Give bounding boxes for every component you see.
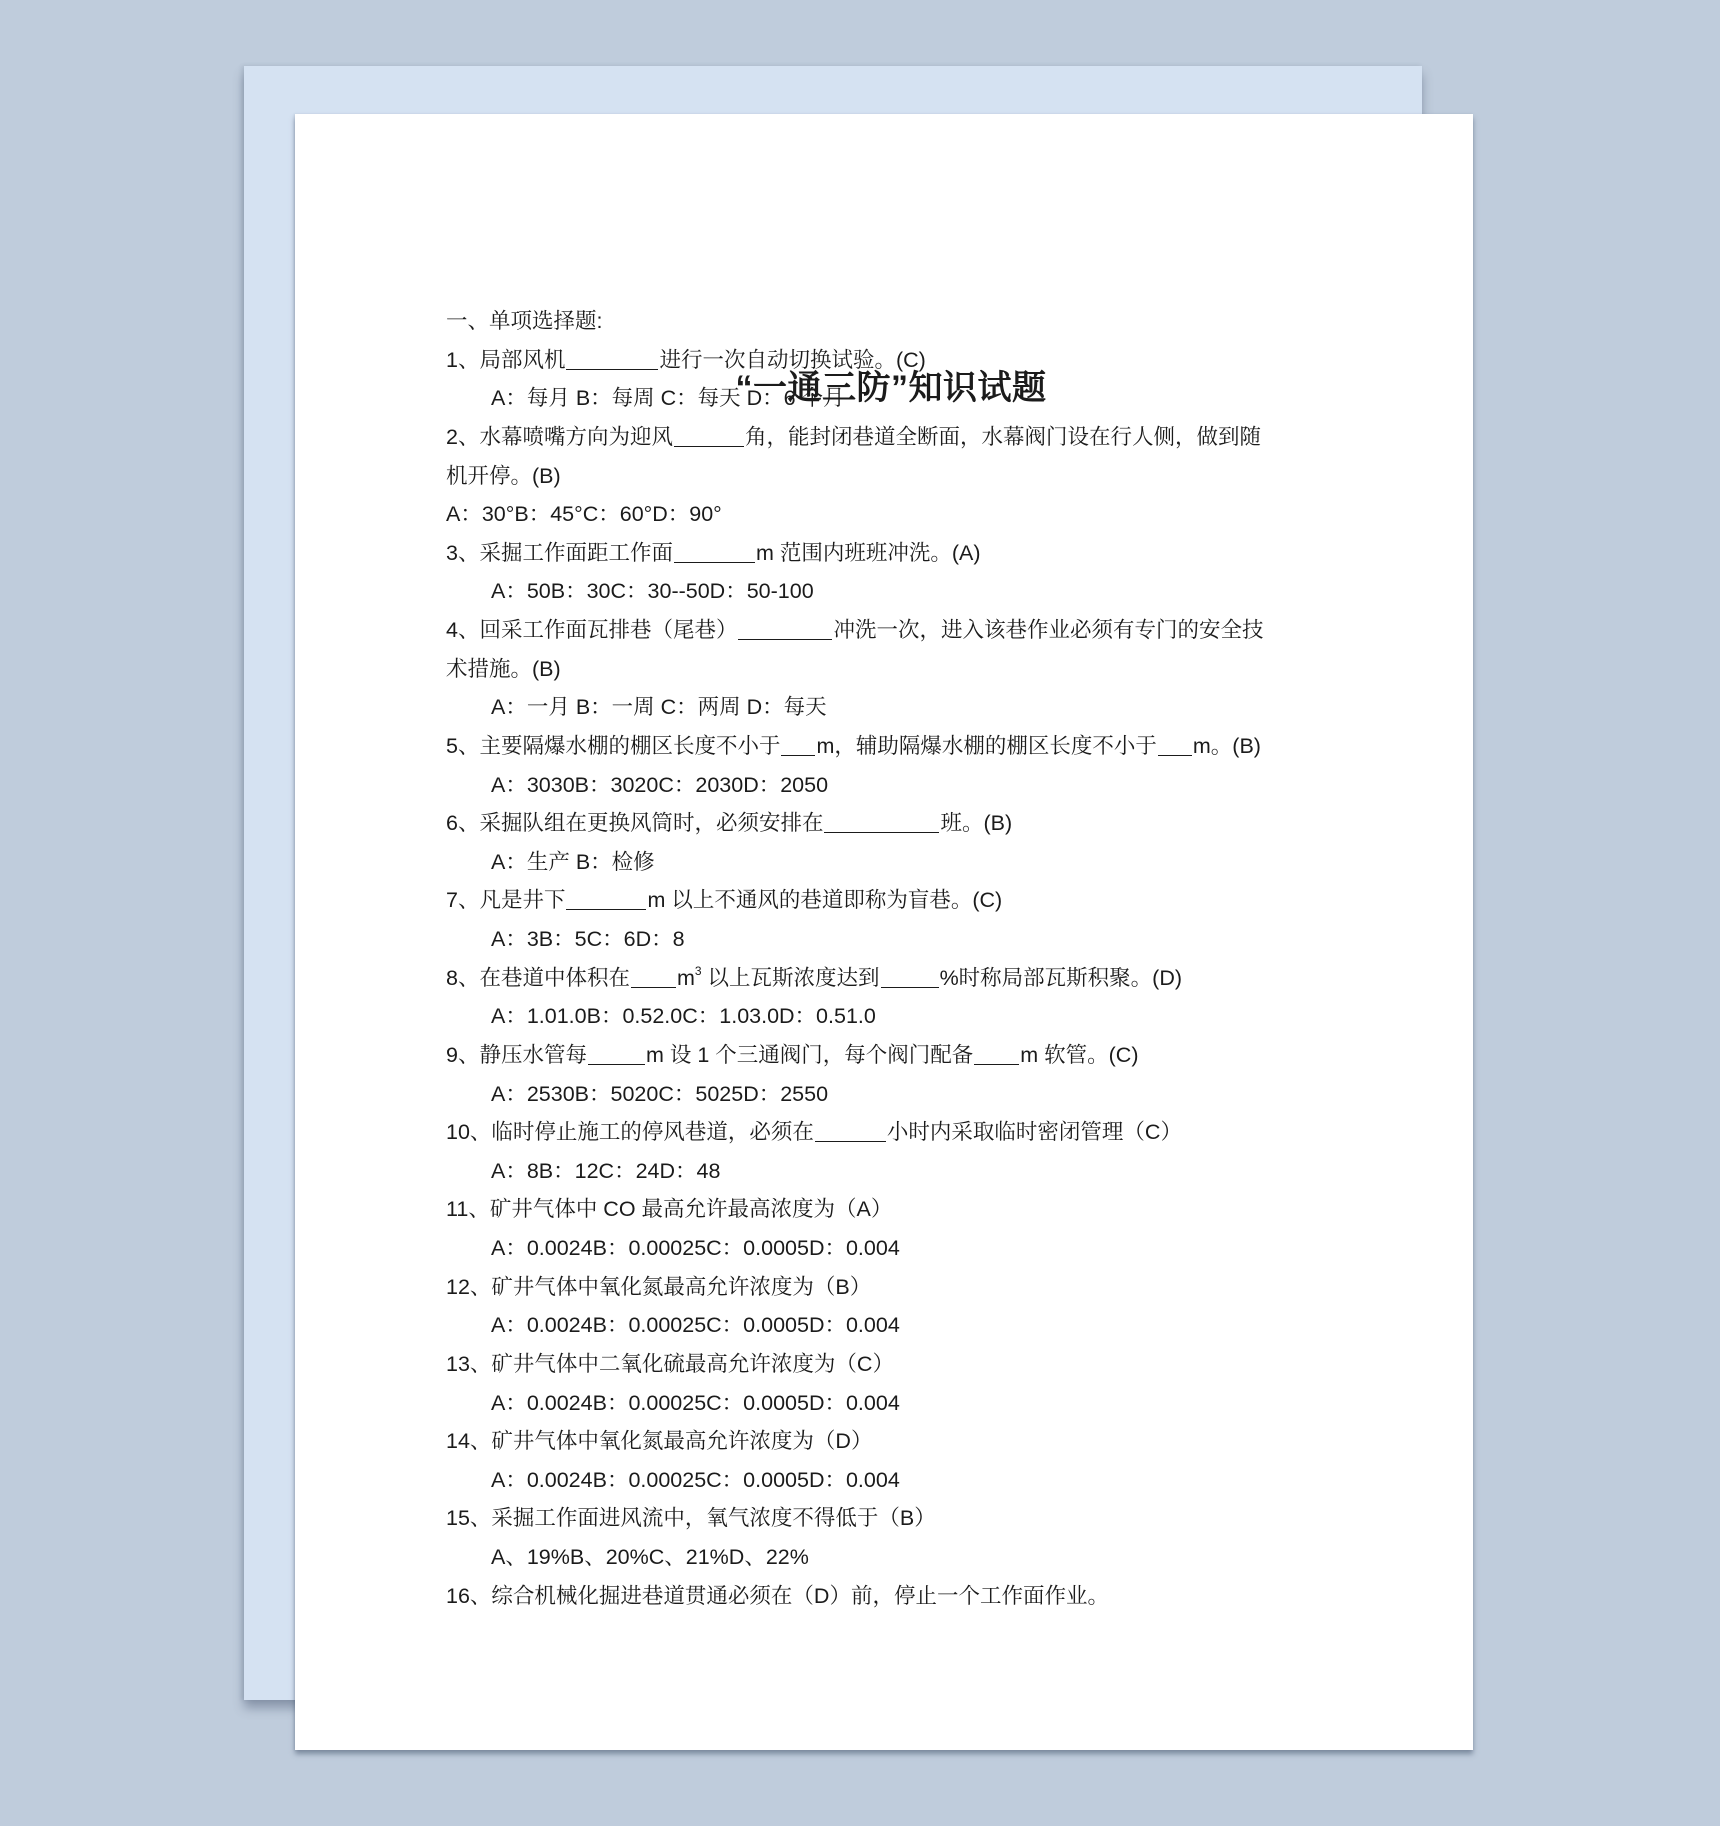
fill-in-blank bbox=[674, 445, 744, 447]
line-text: 13、矿井气体中二氧化硫最高允许浓度为（C） bbox=[446, 1352, 894, 1376]
line-text: A：2530B：5020C：5025D：2550 bbox=[491, 1082, 828, 1106]
fill-in-blank bbox=[566, 368, 658, 370]
fill-in-blank bbox=[1158, 754, 1192, 756]
question-line: 3、采掘工作面距工作面m 范围内班班冲洗。(A) bbox=[446, 534, 1346, 573]
question-line: 12、矿井气体中氧化氮最高允许浓度为（B） bbox=[446, 1268, 1346, 1307]
answer-options-line: A：2530B：5020C：5025D：2550 bbox=[446, 1075, 1346, 1114]
question-line: 9、静压水管每m 设 1 个三通阀门，每个阀门配备m 软管。(C) bbox=[446, 1036, 1346, 1075]
line-text: m bbox=[677, 966, 695, 990]
line-text: 3、采掘工作面距工作面 bbox=[446, 541, 673, 565]
line-text: A：一月 B：一周 C：两周 D：每天 bbox=[491, 695, 827, 719]
line-text: 14、矿井气体中氧化氮最高允许浓度为（D） bbox=[446, 1429, 872, 1453]
question-line: 7、凡是井下m 以上不通风的巷道即称为盲巷。(C) bbox=[446, 881, 1346, 920]
line-text: m 以上不通风的巷道即称为盲巷。(C) bbox=[647, 888, 1002, 912]
question-line: 6、采掘队组在更换风筒时，必须安排在班。(B) bbox=[446, 804, 1346, 843]
fill-in-blank bbox=[824, 831, 939, 833]
line-text: 2、水幕喷嘴方向为迎风 bbox=[446, 425, 673, 449]
line-text: m 设 1 个三通阀门，每个阀门配备 bbox=[646, 1043, 973, 1067]
line-text: 一、单项选择题: bbox=[446, 309, 602, 333]
line-text: 12、矿井气体中氧化氮最高允许浓度为（B） bbox=[446, 1275, 871, 1299]
line-text: 5、主要隔爆水棚的棚区长度不小于 bbox=[446, 734, 780, 758]
line-text: A：生产 B：检修 bbox=[491, 850, 655, 874]
fill-in-blank bbox=[781, 754, 815, 756]
line-text: 1、局部风机 bbox=[446, 348, 565, 372]
answer-options-line: A：8B：12C：24D：48 bbox=[446, 1152, 1346, 1191]
line-text: 4、回采工作面瓦排巷（尾巷） bbox=[446, 618, 737, 642]
answer-options-line: A：50B：30C：30--50D：50-100 bbox=[446, 572, 1346, 611]
line-text: 16、综合机械化掘进巷道贯通必须在（D）前，停止一个工作面作业。 bbox=[446, 1584, 1109, 1608]
fill-in-blank bbox=[738, 638, 832, 640]
question-line: 11、矿井气体中 CO 最高允许最高浓度为（A） bbox=[446, 1190, 1346, 1229]
answer-options-line: A：0.0024B：0.00025C：0.0005D：0.004 bbox=[446, 1384, 1346, 1423]
line-text: A：8B：12C：24D：48 bbox=[491, 1159, 720, 1183]
fill-in-blank bbox=[974, 1063, 1019, 1065]
answer-options-line: A：0.0024B：0.00025C：0.0005D：0.004 bbox=[446, 1461, 1346, 1500]
question-line: 1、局部风机进行一次自动切换试验。(C) bbox=[446, 341, 1346, 380]
question-line: 13、矿井气体中二氧化硫最高允许浓度为（C） bbox=[446, 1345, 1346, 1384]
question-line: A：30°B：45°C：60°D：90° bbox=[446, 495, 1346, 534]
line-text: 8、在巷道中体积在 bbox=[446, 966, 630, 990]
line-text: 班。(B) bbox=[940, 811, 1012, 835]
question-line: 16、综合机械化掘进巷道贯通必须在（D）前，停止一个工作面作业。 bbox=[446, 1577, 1346, 1616]
fill-in-blank bbox=[631, 986, 676, 988]
line-text: 冲洗一次，进入该巷作业必须有专门的安全技 bbox=[833, 618, 1263, 642]
question-line: 机开停。(B) bbox=[446, 457, 1346, 496]
fill-in-blank bbox=[815, 1140, 886, 1142]
answer-options-line: A：1.01.0B：0.52.0C：1.03.0D：0.51.0 bbox=[446, 997, 1346, 1036]
line-text: m 范围内班班冲洗。(A) bbox=[756, 541, 981, 565]
line-text: A：0.0024B：0.00025C：0.0005D：0.004 bbox=[491, 1468, 900, 1492]
line-text: 6、采掘队组在更换风筒时，必须安排在 bbox=[446, 811, 823, 835]
line-text: A：3030B：3020C：2030D：2050 bbox=[491, 773, 828, 797]
line-text: A：3B：5C：6D：8 bbox=[491, 927, 685, 951]
fill-in-blank bbox=[881, 986, 939, 988]
line-text: 进行一次自动切换试验。(C) bbox=[659, 348, 925, 372]
line-text: m 软管。(C) bbox=[1020, 1043, 1138, 1067]
answer-options-line: A：生产 B：检修 bbox=[446, 843, 1346, 882]
line-text: A：50B：30C：30--50D：50-100 bbox=[491, 579, 814, 603]
question-line: 14、矿井气体中氧化氮最高允许浓度为（D） bbox=[446, 1422, 1346, 1461]
question-line: 8、在巷道中体积在m3 以上瓦斯浓度达到%时称局部瓦斯积聚。(D) bbox=[446, 959, 1346, 998]
line-text: A：0.0024B：0.00025C：0.0005D：0.004 bbox=[491, 1391, 900, 1415]
question-list: 一、单项选择题:1、局部风机进行一次自动切换试验。(C)A：每月 B：每周 C：… bbox=[446, 302, 1346, 1615]
question-line: 4、回采工作面瓦排巷（尾巷）冲洗一次，进入该巷作业必须有专门的安全技 bbox=[446, 611, 1346, 650]
answer-options-line: A：0.0024B：0.00025C：0.0005D：0.004 bbox=[446, 1306, 1346, 1345]
line-text: 11、矿井气体中 CO 最高允许最高浓度为（A） bbox=[446, 1197, 892, 1221]
question-line: 10、临时停止施工的停风巷道，必须在小时内采取临时密闭管理（C） bbox=[446, 1113, 1346, 1152]
line-text: 以上瓦斯浓度达到 bbox=[702, 966, 880, 990]
answer-options-line: A：3B：5C：6D：8 bbox=[446, 920, 1346, 959]
answer-options-line: A：每月 B：每周 C：每天 D：6 个月 bbox=[446, 379, 1346, 418]
question-line: 5、主要隔爆水棚的棚区长度不小于m，辅助隔爆水棚的棚区长度不小于m。(B) bbox=[446, 727, 1346, 766]
answer-options-line: A、19%B、20%C、21%D、22% bbox=[446, 1538, 1346, 1577]
line-text: 术措施。(B) bbox=[446, 657, 561, 681]
line-text: m，辅助隔爆水棚的棚区长度不小于 bbox=[816, 734, 1156, 758]
line-text: A：1.01.0B：0.52.0C：1.03.0D：0.51.0 bbox=[491, 1004, 876, 1028]
fill-in-blank bbox=[566, 908, 646, 910]
question-line: 一、单项选择题: bbox=[446, 302, 1346, 341]
line-text: m。(B) bbox=[1193, 734, 1261, 758]
question-line: 术措施。(B) bbox=[446, 650, 1346, 689]
superscript: 3 bbox=[695, 964, 702, 978]
answer-options-line: A：0.0024B：0.00025C：0.0005D：0.004 bbox=[446, 1229, 1346, 1268]
answer-options-line: A：3030B：3020C：2030D：2050 bbox=[446, 766, 1346, 805]
line-text: 9、静压水管每 bbox=[446, 1043, 587, 1067]
question-line: 15、采掘工作面进风流中，氧气浓度不得低于（B） bbox=[446, 1499, 1346, 1538]
line-text: A：每月 B：每周 C：每天 D：6 个月 bbox=[491, 386, 845, 410]
line-text: 机开停。(B) bbox=[446, 464, 561, 488]
line-text: 7、凡是井下 bbox=[446, 888, 565, 912]
line-text: A、19%B、20%C、21%D、22% bbox=[491, 1545, 809, 1569]
line-text: A：0.0024B：0.00025C：0.0005D：0.004 bbox=[491, 1236, 900, 1260]
question-line: 2、水幕喷嘴方向为迎风角，能封闭巷道全断面，水幕阀门设在行人侧，做到随 bbox=[446, 418, 1346, 457]
line-text: 角，能封闭巷道全断面，水幕阀门设在行人侧，做到随 bbox=[745, 425, 1261, 449]
line-text: A：30°B：45°C：60°D：90° bbox=[446, 502, 722, 526]
line-text: 15、采掘工作面进风流中，氧气浓度不得低于（B） bbox=[446, 1506, 936, 1530]
line-text: A：0.0024B：0.00025C：0.0005D：0.004 bbox=[491, 1313, 900, 1337]
line-text: 10、临时停止施工的停风巷道，必须在 bbox=[446, 1120, 814, 1144]
answer-options-line: A：一月 B：一周 C：两周 D：每天 bbox=[446, 688, 1346, 727]
line-text: 小时内采取临时密闭管理（C） bbox=[887, 1120, 1182, 1144]
line-text: %时称局部瓦斯积聚。(D) bbox=[940, 966, 1182, 990]
fill-in-blank bbox=[588, 1063, 645, 1065]
fill-in-blank bbox=[674, 561, 755, 563]
